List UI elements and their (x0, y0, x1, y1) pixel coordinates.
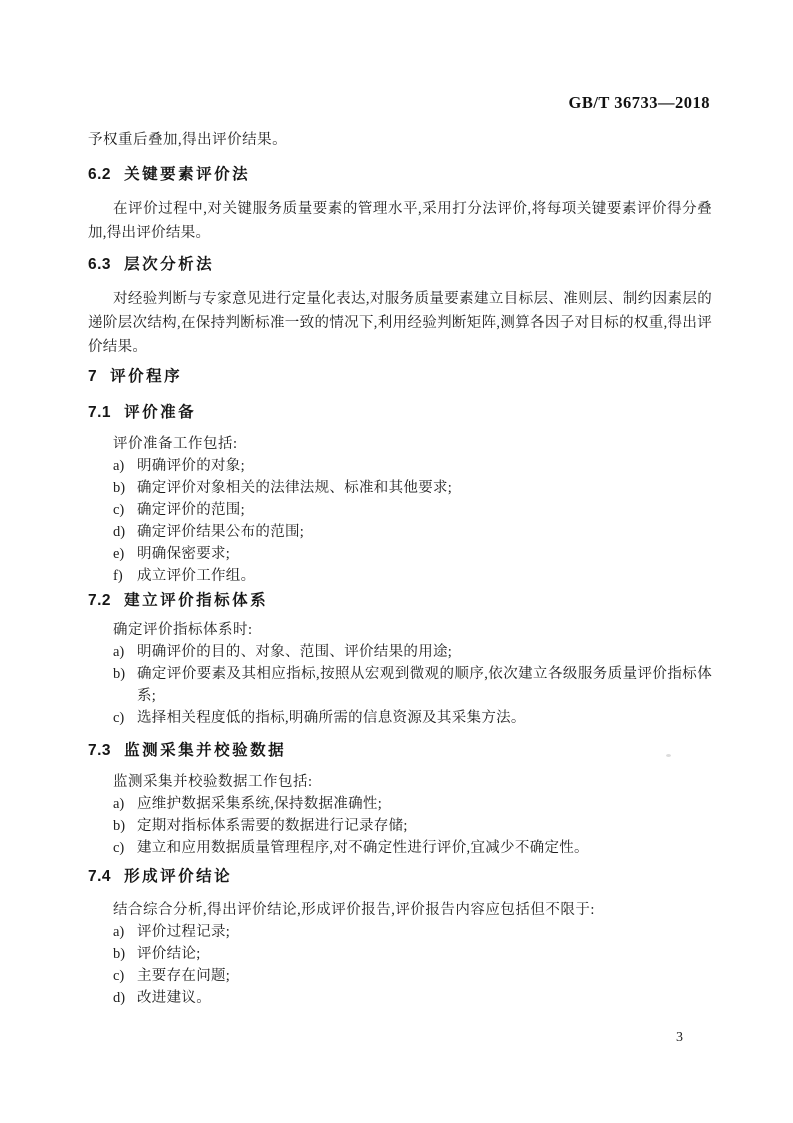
section-heading-7-1: 7.1 评价准备 (88, 401, 712, 425)
list-item: a) 明确评价的目的、对象、范围、评价结果的用途; (88, 641, 712, 663)
section-number: 6.2 (88, 163, 111, 187)
list-lead: 监测采集并校验数据工作包括: (113, 771, 712, 793)
clause-heading-7: 7 评价程序 (88, 365, 712, 389)
list-item-text: 应维护数据采集系统,保持数据准确性; (137, 796, 382, 812)
list-item-label: a) (113, 921, 124, 943)
list-item-text: 建立和应用数据质量管理程序,对不确定性进行评价,宜减少不确定性。 (137, 840, 589, 856)
list-item-text: 改进建议。 (137, 990, 211, 1006)
list-item-label: d) (113, 521, 125, 543)
list-item-label: b) (113, 943, 125, 965)
list-item-label: e) (113, 543, 124, 565)
list-item: c) 建立和应用数据质量管理程序,对不确定性进行评价,宜减少不确定性。 (88, 837, 712, 859)
list-item-text: 评价结论; (137, 946, 201, 962)
document-page: GB/T 36733—2018 予权重后叠加,得出评价结果。 6.2 关键要素评… (0, 0, 793, 1123)
list-item: b) 确定评价对象相关的法律法规、标准和其他要求; (88, 477, 712, 499)
clause-number: 7 (88, 365, 97, 389)
section-title: 评价准备 (124, 401, 196, 425)
list-item: f) 成立评价工作组。 (88, 565, 712, 587)
list-item-text: 选择相关程度低的指标,明确所需的信息资源及其采集方法。 (137, 710, 526, 726)
clause-title: 评价程序 (110, 365, 182, 389)
list-item-text: 明确评价的对象; (137, 458, 245, 474)
list-item: c) 主要存在问题; (88, 965, 712, 987)
list-item-text: 确定评价的范围; (137, 502, 245, 518)
section-title: 形成评价结论 (124, 865, 232, 889)
section-heading-6-2: 6.2 关键要素评价法 (88, 163, 712, 187)
section-title: 监测采集并校验数据 (124, 739, 286, 763)
list-item-text: 定期对指标体系需要的数据进行记录存储; (137, 818, 408, 834)
list-item-label: b) (113, 663, 125, 685)
list-item-text: 确定评价要素及其相应指标,按照从宏观到微观的顺序,依次建立各级服务质量评价指标体… (137, 666, 712, 704)
section-paragraph: 在评价过程中,对关键服务质量要素的管理水平,采用打分法评价,将每项关键要素评价得… (88, 197, 712, 245)
list-item: a) 应维护数据采集系统,保持数据准确性; (88, 793, 712, 815)
section-heading-7-2: 7.2 建立评价指标体系 (88, 589, 712, 613)
list-item: e) 明确保密要求; (88, 543, 712, 565)
list-item-text: 确定评价结果公布的范围; (137, 524, 304, 540)
list-item-label: a) (113, 793, 124, 815)
section-number: 7.2 (88, 589, 111, 613)
section-paragraph: 对经验判断与专家意见进行定量化表达,对服务质量要素建立目标层、准则层、制约因素层… (88, 287, 712, 359)
list-item-text: 明确保密要求; (137, 546, 230, 562)
page-number: 3 (676, 1030, 683, 1046)
list-item: c) 确定评价的范围; (88, 499, 712, 521)
list-item-label: f) (113, 565, 123, 587)
list-item-label: c) (113, 499, 124, 521)
list-item: a) 明确评价的对象; (88, 455, 712, 477)
list-item: b) 评价结论; (88, 943, 712, 965)
list-item-text: 主要存在问题; (137, 968, 230, 984)
section-heading-7-4: 7.4 形成评价结论 (88, 865, 712, 889)
section-title: 层次分析法 (124, 253, 214, 277)
list-item-label: d) (113, 987, 125, 1009)
list-item-label: b) (113, 815, 125, 837)
section-title: 建立评价指标体系 (124, 589, 268, 613)
section-title: 关键要素评价法 (124, 163, 250, 187)
section-number: 6.3 (88, 253, 111, 277)
section-heading-7-3: 7.3 监测采集并校验数据 (88, 739, 712, 763)
list-item-label: a) (113, 455, 124, 477)
list-item-text: 成立评价工作组。 (137, 568, 255, 584)
list-item-label: c) (113, 965, 124, 987)
continuation-paragraph: 予权重后叠加,得出评价结果。 (88, 128, 712, 152)
list-item: b) 确定评价要素及其相应指标,按照从宏观到微观的顺序,依次建立各级服务质量评价… (88, 663, 712, 707)
list-item: d) 确定评价结果公布的范围; (88, 521, 712, 543)
list-item-text: 确定评价对象相关的法律法规、标准和其他要求; (137, 480, 452, 496)
list-lead: 评价准备工作包括: (113, 433, 712, 455)
list-item-label: a) (113, 641, 124, 663)
list-lead: 确定评价指标体系时: (113, 619, 712, 641)
list-item-label: c) (113, 837, 124, 859)
list-item: b) 定期对指标体系需要的数据进行记录存储; (88, 815, 712, 837)
list-item: c) 选择相关程度低的指标,明确所需的信息资源及其采集方法。 (88, 707, 712, 729)
list-item: d) 改进建议。 (88, 987, 712, 1009)
list-item-label: b) (113, 477, 125, 499)
scan-artifact (666, 754, 671, 757)
section-heading-6-3: 6.3 层次分析法 (88, 253, 712, 277)
list-lead: 结合综合分析,得出评价结论,形成评价报告,评价报告内容应包括但不限于: (113, 899, 712, 921)
section-number: 7.3 (88, 739, 111, 763)
list-item-label: c) (113, 707, 124, 729)
section-number: 7.1 (88, 401, 111, 425)
list-item-text: 明确评价的目的、对象、范围、评价结果的用途; (137, 644, 452, 660)
section-number: 7.4 (88, 865, 111, 889)
list-item: a) 评价过程记录; (88, 921, 712, 943)
page-content: 予权重后叠加,得出评价结果。 6.2 关键要素评价法 在评价过程中,对关键服务质… (88, 0, 712, 1009)
list-item-text: 评价过程记录; (137, 924, 230, 940)
